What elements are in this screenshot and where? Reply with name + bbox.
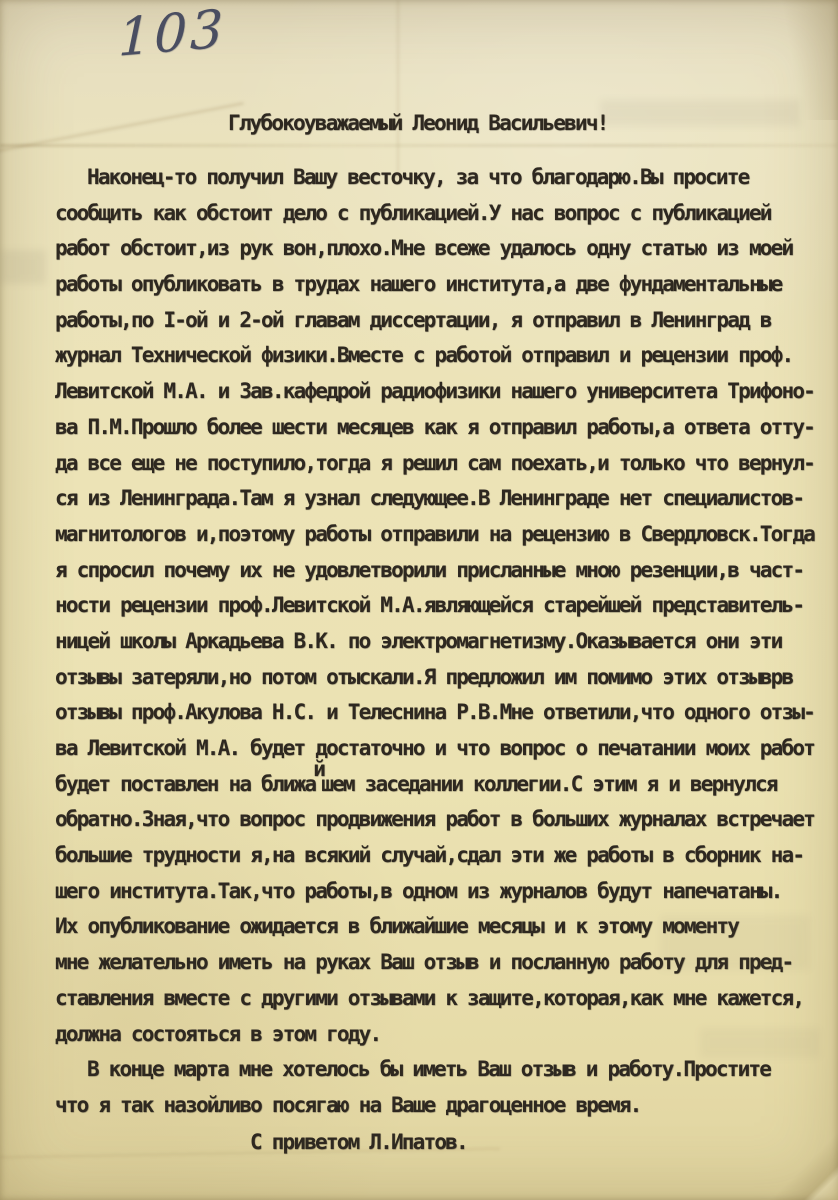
letter-line: обратно.Зная,что вопрос продвижения рабо… [55, 802, 817, 838]
letter-line: Их опубликование ожидается в ближайшие м… [55, 909, 817, 945]
letter-line: ставления вместе с другими отзывами к за… [55, 981, 817, 1017]
paper-edge-shading [778, 0, 838, 120]
typed-correction-letter: й [313, 752, 321, 788]
paper-crease [0, 102, 244, 155]
letter-line: журнал Технической физики.Вместе с работ… [55, 338, 817, 374]
paper-crease [0, 144, 838, 147]
letter-line: ся из Ленинграда.Там я узнал следующее.В… [55, 481, 817, 517]
letter-line: Левитской М.А. и Зав.кафедрой радиофизик… [55, 374, 817, 410]
letter-line: должна состояться в этом году. [55, 1017, 817, 1053]
letter-signature: С приветом Л.Ипатов. [250, 1130, 467, 1154]
line-text-before-correction: будет поставлен на ближа [55, 772, 315, 796]
letter-line: большие трудности я,на всякий случай,сда… [55, 838, 817, 874]
ink-bleed-smudge [0, 250, 46, 284]
letter-line: В конце марта мне хотелось бы иметь Ваш … [55, 1052, 817, 1088]
letter-line: ва П.М.Прошло более шести месяцев как я … [55, 410, 817, 446]
letter-line: работы,по I-ой и 2-ой главам диссертации… [55, 303, 817, 339]
letter-line: что я так назойливо посягаю на Ваше драг… [55, 1088, 817, 1124]
letter-line: ва Левитской М.А. будет достаточно и что… [55, 731, 817, 767]
letter-line: шего института.Так,что работы,в одном из… [55, 874, 817, 910]
letter-line: да все еще не поступило,тогда я решил са… [55, 446, 817, 482]
letter-line: сообщить как обстоит дело с публикацией.… [55, 196, 817, 232]
scanned-letter-page: 103 Глубокоуважаемый Леонид Васильевич! … [0, 0, 838, 1200]
letter-line: магнитологов и,поэтому работы отправили … [55, 517, 817, 553]
letter-line: мне желательно иметь на руках Ваш отзыв … [55, 945, 817, 981]
paper-crease [397, 0, 399, 180]
letter-line: я спросил почему их не удовлетворили при… [55, 553, 817, 589]
letter-body: Наконец-то получил Вашу весточку, за что… [55, 160, 817, 1124]
letter-line-with-correction: будет поставлен на ближайшем заседании к… [55, 767, 817, 803]
ink-bleed-smudge [600, 100, 800, 126]
letter-line: ности рецензии проф.Левитской М.А.являющ… [55, 588, 817, 624]
letter-line: отзывы затеряли,но потом отыскали.Я пред… [55, 660, 817, 696]
letter-line: работ обстоит,из рук вон,плохо.Мне всеже… [55, 231, 817, 267]
letter-line: работы опубликовать в трудах нашего инст… [55, 267, 817, 303]
letter-salutation: Глубокоуважаемый Леонид Васильевич! [228, 111, 608, 135]
line-text-after-correction: шем заседании коллегии.С этим я и вернул… [321, 772, 776, 796]
letter-line: Наконец-то получил Вашу весточку, за что… [55, 160, 817, 196]
handwritten-page-number: 103 [118, 0, 227, 69]
paper-corner-fold [750, 1132, 838, 1200]
letter-line: ницей школы Аркадьева В.К. по электромаг… [55, 624, 817, 660]
letter-line: отзывы проф.Акулова Н.С. и Телеснина Р.В… [55, 695, 817, 731]
